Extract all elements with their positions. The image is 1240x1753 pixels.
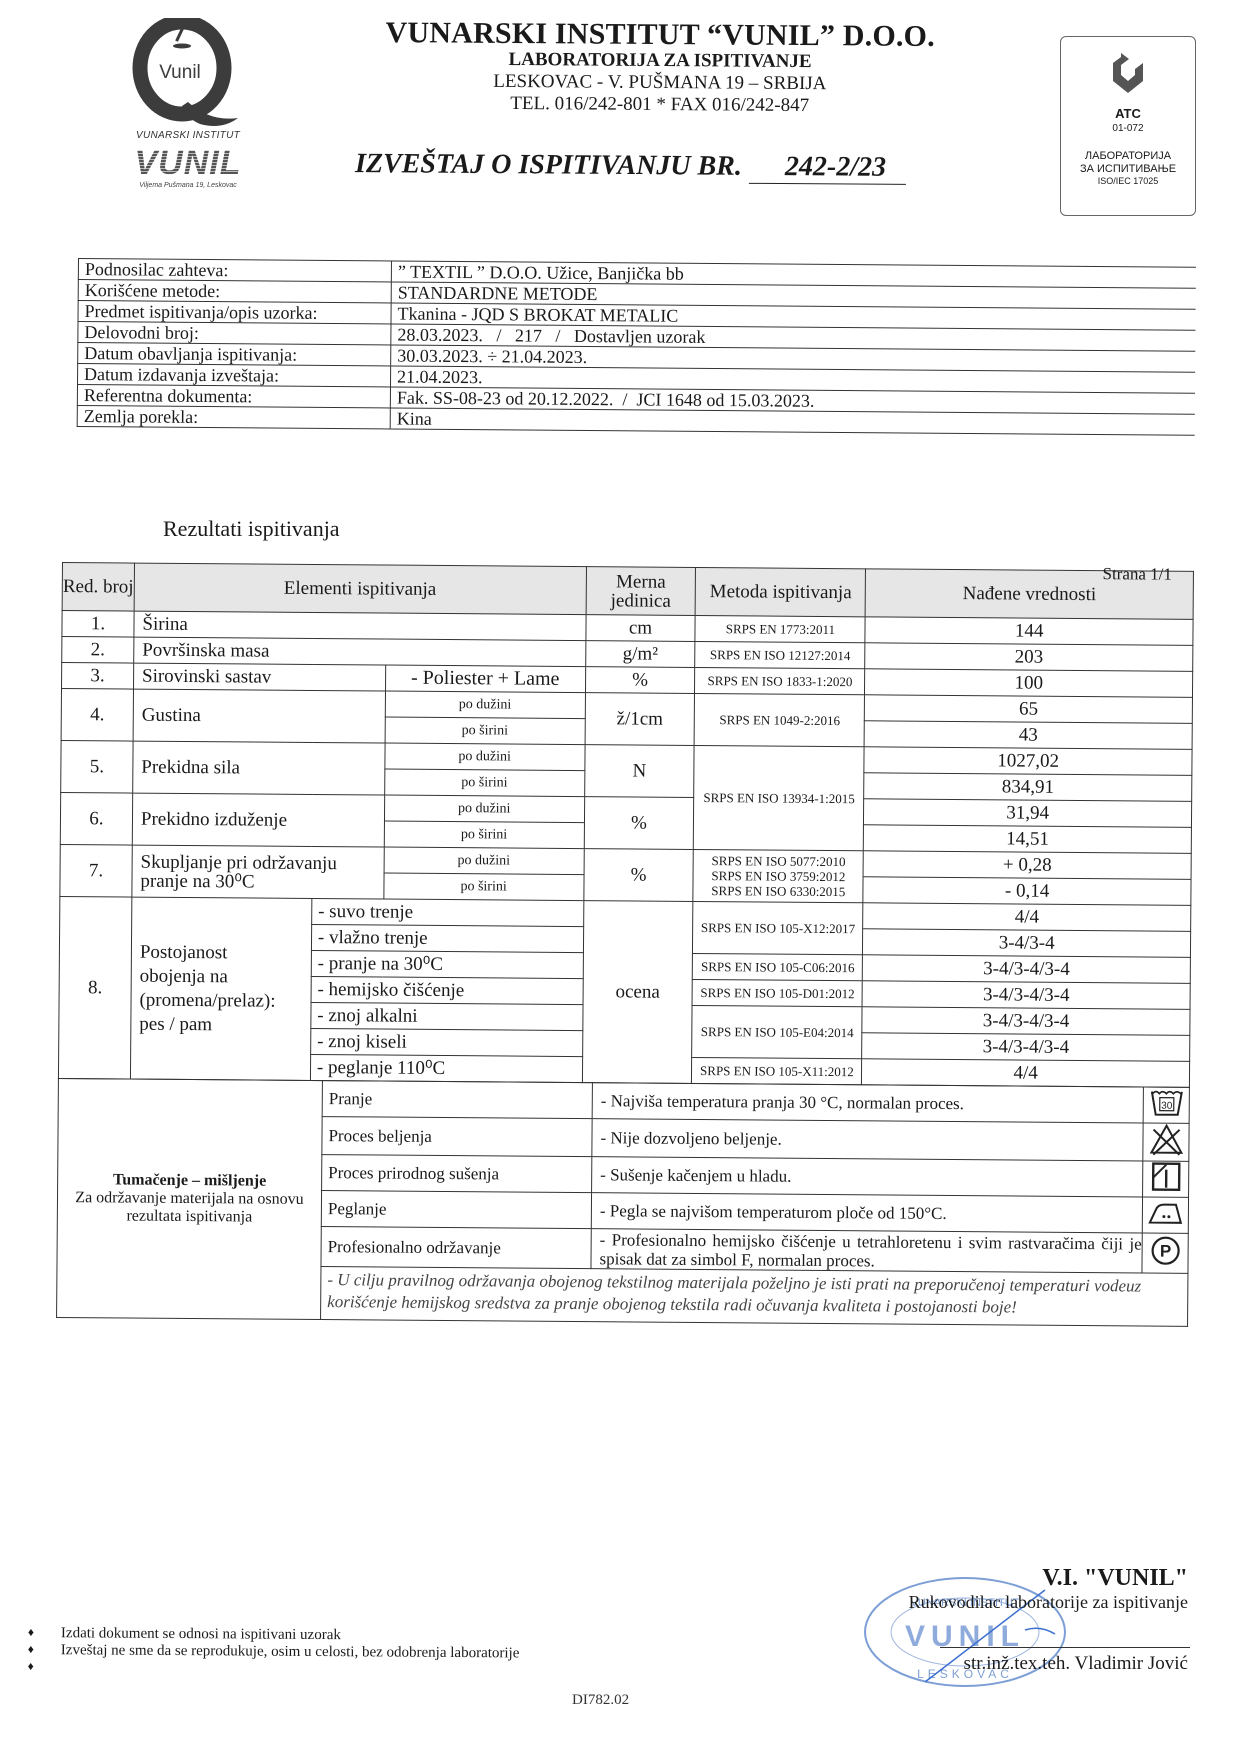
- row-method: SRPS EN ISO 105-E04:2014: [692, 1005, 862, 1058]
- row-value: - 0,14: [863, 877, 1191, 906]
- row-method: SRPS EN ISO 105-C06:2016: [693, 953, 863, 980]
- row-unit: %: [584, 797, 694, 850]
- fastness-item: - peglanje 110⁰C: [310, 1054, 582, 1082]
- document-id: DI782.02: [572, 1692, 629, 1709]
- info-label: Datum obavljanja ispitivanja:: [78, 343, 391, 366]
- line-dry-shade-icon: [1143, 1161, 1189, 1197]
- svg-text:VUNIL: VUNIL: [905, 1620, 1025, 1653]
- fastness-item: - pranje na 30⁰C: [311, 950, 583, 978]
- row-method: SRPS EN ISO 13934-1:2015: [694, 745, 865, 850]
- row-method: SRPS EN ISO 5077:2010SRPS EN ISO 3759:20…: [693, 849, 863, 902]
- info-label: Korišćene metode:: [78, 280, 391, 303]
- row-sub-element: po širini: [385, 717, 585, 745]
- row-method: SRPS EN ISO 105-X12:2017: [693, 901, 863, 954]
- info-label: Referentna dokumenta:: [77, 385, 390, 408]
- svg-text:Vunil: Vunil: [159, 62, 201, 83]
- signature-line: [940, 1647, 1190, 1648]
- row-value: + 0,28: [863, 851, 1191, 880]
- row-element-line2: pranje na 30⁰C: [140, 870, 254, 892]
- method-line: SRPS EN ISO 3759:2012: [711, 868, 845, 884]
- no-bleach-icon: [1143, 1123, 1189, 1161]
- care-category: Proces beljenja: [322, 1117, 592, 1157]
- accreditation-badge: ATC 01-072 ЛАБОРАТОРИЈА ЗА ИСПИТИВАЊЕ IS…: [1060, 36, 1196, 216]
- col-header-unit: Merna jedinica: [586, 567, 696, 616]
- signature-role: Rukovodilac laboratorije za ispitivanje: [880, 1592, 1188, 1613]
- care-opinion-table: Tumačenje – mišljenje Za održavanje mate…: [56, 1078, 1190, 1327]
- bullet-diamond-icon: ♦: [28, 1625, 34, 1640]
- row-sub-element: po dužini: [384, 847, 584, 875]
- accreditation-line2: ЗА ИСПИТИВАЊЕ: [1061, 163, 1195, 176]
- row-value: 65: [865, 695, 1193, 724]
- row-method: SRPS EN ISO 105-X11:2012: [692, 1057, 862, 1084]
- signature-name: str.inž.tex.teh. Vladimir Jović: [964, 1653, 1188, 1675]
- row-element-line: obojenja na: [140, 965, 228, 987]
- info-label: Datum izdavanja izveštaja:: [78, 364, 391, 387]
- atc-logo-icon: [1111, 53, 1145, 99]
- method-line: SRPS EN ISO 6330:2015: [711, 883, 845, 899]
- letterhead: VUNARSKI INSTITUT “VUNIL” D.O.O. LABORAT…: [360, 16, 961, 118]
- fastness-item: - vlažno trenje: [311, 924, 583, 952]
- row-unit: %: [585, 667, 695, 694]
- care-text: - Sušenje kačenjem u hladu.: [592, 1157, 1143, 1197]
- row-unit: %: [583, 849, 693, 902]
- care-text: - Najviša temperatura pranja 30 °C, norm…: [592, 1083, 1143, 1123]
- row-unit: ocena: [582, 901, 693, 1084]
- footer-note-text: Izdati dokument se odnosi na ispitivani …: [61, 1625, 341, 1643]
- row-number: 3.: [62, 663, 134, 690]
- opinion-subtitle: Za održavanje materijala na osnovu rezul…: [58, 1189, 321, 1227]
- care-category: Profesionalno održavanje: [321, 1227, 591, 1269]
- opinion-title: Tumačenje – mišljenje: [58, 1171, 321, 1191]
- row-element-line: (promena/prelaz):: [139, 989, 275, 1011]
- row-element-line: pes / pam: [139, 1013, 212, 1035]
- row-number: 4.: [61, 689, 133, 742]
- row-value: 3-4/3-4/3-4: [862, 1007, 1190, 1036]
- care-category: Peglanje: [321, 1191, 591, 1229]
- row-sub-element: po dužini: [385, 743, 585, 771]
- bullet-diamond-icon: ♦: [28, 1642, 34, 1657]
- row-sub-element: po širini: [384, 769, 584, 797]
- bullet-diamond-icon: ♦: [28, 1659, 34, 1674]
- row-value: 1027,02: [864, 747, 1192, 776]
- row-unit: N: [584, 745, 694, 798]
- signature-org: V.I. "VUNIL": [880, 1565, 1188, 1592]
- col-header-no: Red. broj: [62, 563, 134, 612]
- institute-contact: TEL. 016/242-801 * FAX 016/242-847: [360, 92, 960, 118]
- col-header-method: Metoda ispitivanja: [696, 567, 866, 616]
- footer-note-text: Izveštaj ne sme da se reprodukuje, osim …: [61, 1642, 520, 1661]
- row-value: 3-4/3-4/3-4: [862, 981, 1190, 1010]
- row-unit: ž/1cm: [585, 693, 695, 746]
- accreditation-number: 01-072: [1061, 123, 1195, 134]
- row-unit: cm: [585, 615, 695, 642]
- vunil-logo: Vunil VUNARSKI INSTITUT VUNIL Viljema Pu…: [118, 18, 258, 188]
- row-sub-element: - Poliester + Lame: [385, 665, 585, 693]
- row-method: SRPS EN ISO 1833-1:2020: [695, 667, 865, 694]
- wash-30-icon: 30: [1143, 1087, 1189, 1123]
- care-category: Pranje: [322, 1081, 592, 1119]
- care-category: Proces prirodnog sušenja: [322, 1155, 592, 1193]
- row-element: Prekidno izduženje: [132, 793, 384, 847]
- q-microscope-logo-icon: Vunil: [130, 18, 242, 130]
- results-table: Red. broj Elementi ispitivanja Merna jed…: [58, 562, 1194, 1088]
- fastness-item: - znoj alkalni: [311, 1002, 583, 1030]
- row-number: 6.: [60, 792, 132, 845]
- accreditation-line1: ЛАБОРАТОРИЈА: [1061, 150, 1195, 163]
- row-value: 4/4: [863, 903, 1191, 932]
- row-element: Skupljanje pri održavanjupranje na 30⁰C: [132, 845, 384, 899]
- row-method: SRPS EN 1049-2:2016: [695, 693, 865, 746]
- info-label: Zemlja porekla:: [77, 405, 390, 428]
- row-number: 1.: [62, 611, 134, 638]
- care-text: - Profesionalno hemijsko čišćenje u tetr…: [591, 1229, 1142, 1273]
- row-value: 4/4: [862, 1059, 1190, 1088]
- row-value: 31,94: [864, 799, 1192, 828]
- row-unit: g/m²: [585, 641, 695, 668]
- footer-notes: ♦Izdati dokument se odnosi na ispitivani…: [28, 1625, 520, 1679]
- report-title-text: IZVEŠTAJ O ISPITIVANJU BR.: [355, 148, 742, 182]
- row-element: Prekidna sila: [133, 741, 385, 795]
- method-line: SRPS EN ISO 5077:2010: [712, 853, 846, 869]
- row-value: 834,91: [864, 773, 1192, 802]
- logo-caption: VUNARSKI INSTITUT: [118, 130, 258, 141]
- row-element: Površinska masa: [134, 637, 586, 667]
- svg-text:P: P: [1159, 1242, 1170, 1261]
- accreditation-standard: ISO/IEC 17025: [1061, 176, 1195, 186]
- row-number: 5.: [61, 740, 133, 793]
- row-element: Sirovinski sastav: [133, 663, 385, 691]
- info-label: Delovodni broj:: [78, 322, 391, 345]
- opinion-heading: Tumačenje – mišljenje Za održavanje mate…: [57, 1078, 323, 1319]
- row-number: 2.: [62, 637, 134, 664]
- row-sub-element: po dužini: [384, 795, 584, 823]
- institute-name: VUNARSKI INSTITUT “VUNIL” D.O.O.: [360, 16, 960, 54]
- row-value: 3-4/3-4/3-4: [862, 1033, 1190, 1062]
- row-value: 3-4/3-4/3-4: [863, 955, 1191, 984]
- svg-text:30: 30: [1161, 1101, 1173, 1112]
- row-element: Gustina: [133, 689, 385, 743]
- row-value: 43: [864, 721, 1192, 750]
- care-text: - Pegla se najvišom temperaturom ploče o…: [591, 1193, 1142, 1233]
- report-title: IZVEŠTAJ O ISPITIVANJU BR. 242-2/23: [355, 148, 906, 185]
- accreditation-code: ATC: [1061, 106, 1195, 121]
- row-value: 144: [865, 617, 1193, 646]
- row-number: 7.: [60, 844, 132, 897]
- row-method: SRPS EN ISO 105-D01:2012: [693, 979, 863, 1006]
- row-element: Širina: [134, 611, 586, 641]
- signature-block: V.I. "VUNIL" Rukovodilac laboratorije za…: [880, 1565, 1210, 1613]
- iron-two-dots-icon: [1142, 1197, 1188, 1233]
- fastness-item: - znoj kiseli: [311, 1028, 583, 1056]
- row-value: 100: [865, 669, 1193, 698]
- results-section-title: Rezultati ispitivanja: [163, 516, 340, 542]
- row-number: 8.: [58, 896, 131, 1079]
- row-sub-element: po širini: [384, 873, 584, 901]
- row-method: SRPS EN ISO 12127:2014: [695, 641, 865, 668]
- care-text: - Nije dozvoljeno beljenje.: [592, 1119, 1143, 1161]
- row-method: SRPS EN 1773:2011: [695, 615, 865, 642]
- row-value: 14,51: [864, 825, 1192, 854]
- logo-address: Viljema Pušmana 19, Leskovac: [118, 182, 258, 189]
- fastness-item: - suvo trenje: [312, 898, 584, 926]
- row-sub-element: po širini: [384, 821, 584, 849]
- info-label: Predmet ispitivanja/opis uzorka:: [78, 301, 391, 324]
- report-number: 242-2/23: [749, 151, 906, 185]
- row-value: 3-4/3-4: [863, 929, 1191, 958]
- care-note: - U cilju pravilnog održavanja obojenog …: [321, 1267, 1188, 1327]
- footer-note: ♦: [28, 1659, 520, 1679]
- care-row: Tumačenje – mišljenje Za održavanje mate…: [58, 1078, 1189, 1123]
- logo-wordmark: VUNIL: [118, 144, 258, 183]
- fastness-item: - hemijsko čišćenje: [311, 976, 583, 1004]
- professional-clean-p-icon: P: [1142, 1233, 1188, 1273]
- row-element-line: Postojanost: [140, 941, 228, 963]
- info-label: Podnosilac zahteva:: [78, 259, 391, 282]
- col-header-elements: Elementi ispitivanja: [134, 563, 586, 615]
- page-indicator: Strana 1/1: [1102, 564, 1172, 585]
- row-sub-element: po dužini: [385, 691, 585, 719]
- request-info-table: Podnosilac zahteva:” TEXTIL ” D.O.O. Uži…: [77, 258, 1196, 436]
- row-element: Postojanost obojenja na (promena/prelaz)…: [130, 897, 311, 1080]
- row-value: 203: [865, 643, 1193, 672]
- results-block: Strana 1/1 Red. broj Elementi ispitivanj…: [56, 562, 1194, 1327]
